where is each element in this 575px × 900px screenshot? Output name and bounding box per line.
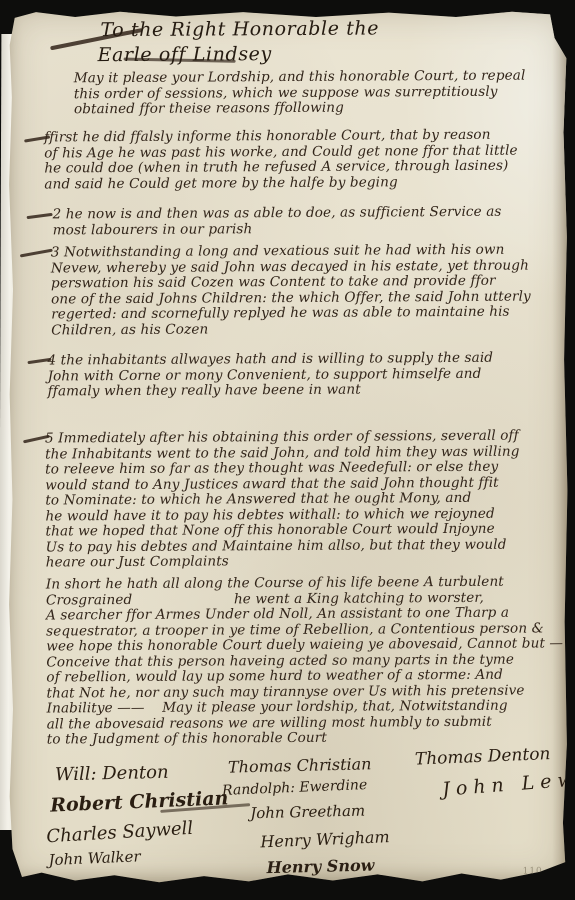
manuscript-line: obtained ffor theise reasons ffollowing bbox=[74, 100, 526, 118]
paragraph-2: 2 he now is and then was as able to doe,… bbox=[53, 205, 502, 239]
signature: Thomas Christian bbox=[228, 754, 372, 776]
signature: John Lewit bbox=[441, 766, 575, 800]
paragraph-closing: In short he hath all along the Course of… bbox=[46, 574, 564, 748]
paragraph-4: 4 the inhabitants allwayes hath and is w… bbox=[47, 351, 493, 400]
signature: Thomas Denton bbox=[415, 744, 551, 770]
manuscript-paper: To the Right Honorable the Earle off Lin… bbox=[8, 10, 568, 884]
paragraph-5: 5 Immediately after his obtaining this o… bbox=[45, 429, 520, 571]
signature: Henry Wrigham bbox=[260, 827, 390, 851]
ink-layer: To the Right Honorable the Earle off Lin… bbox=[5, 8, 570, 885]
heading-line-2: Earle off Lindsey bbox=[98, 43, 272, 66]
manuscript-line: most labourers in our parish bbox=[53, 220, 502, 238]
folio-number: 110 bbox=[523, 866, 543, 876]
signature: John Greetham bbox=[250, 802, 365, 823]
paragraph-3: 3 Notwithstanding a long and vexatious s… bbox=[51, 243, 531, 339]
manuscript-line: to the Judgment of this honorable Court bbox=[47, 729, 564, 748]
signature: Robert Christian bbox=[50, 787, 229, 816]
signature: Charles Saywell bbox=[46, 818, 194, 848]
heading-line-1: To the Right Honorable the bbox=[100, 17, 379, 41]
signature: Henry Snow bbox=[266, 856, 374, 878]
signature: Will: Denton bbox=[55, 762, 169, 786]
paragraph-first: ffirst he did ffalsly informe this honor… bbox=[44, 128, 518, 193]
manuscript-line: Us to pay his debtes and Maintaine him a… bbox=[46, 537, 521, 555]
signature: Randolph: Ewerdine bbox=[222, 777, 368, 799]
paragraph-tick-mark bbox=[20, 249, 53, 258]
signature: John Walker bbox=[48, 847, 141, 869]
manuscript-line: heare our Just Complaints bbox=[46, 553, 521, 571]
manuscript-line: ffamaly when they really have beene in w… bbox=[48, 382, 494, 400]
manuscript-line: 2 he now is and then was as able to doe,… bbox=[53, 205, 502, 223]
manuscript-line: regerted: and scornefully replyed he was… bbox=[51, 305, 531, 323]
manuscript-line: and said he Could get more by the halfe … bbox=[44, 174, 518, 192]
photo-background: To the Right Honorable the Earle off Lin… bbox=[0, 0, 575, 900]
paragraph-intro: May it please your Lordship, and this ho… bbox=[74, 69, 526, 118]
manuscript-line: Children, as his Cozen bbox=[51, 320, 531, 338]
paragraph-tick-mark bbox=[27, 213, 53, 219]
